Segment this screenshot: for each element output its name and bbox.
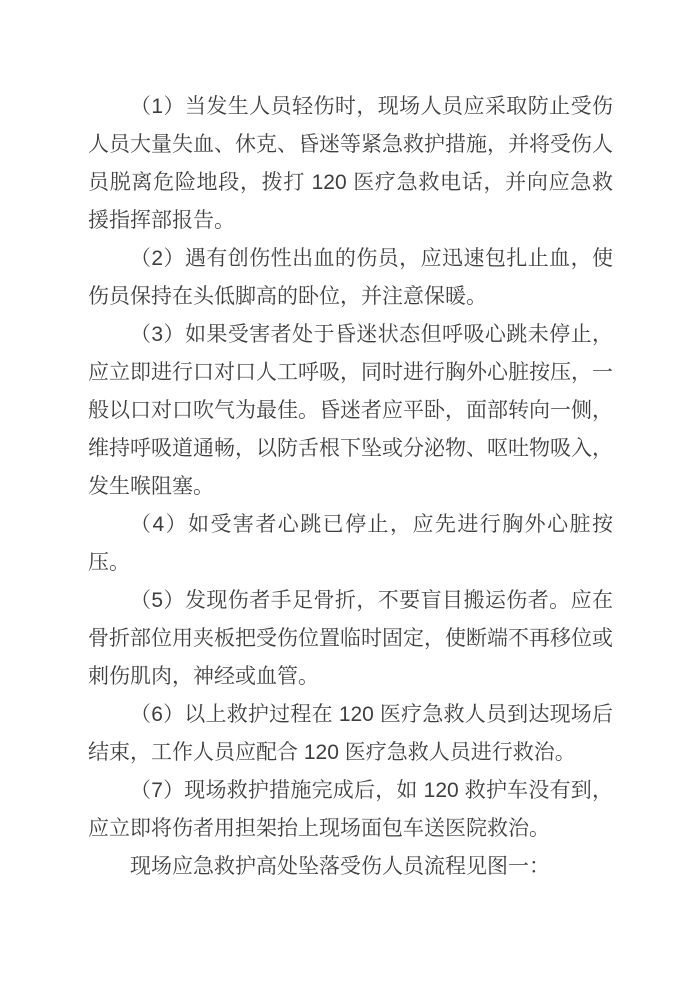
paragraph-2: （2）遇有创伤性出血的伤员，应迅速包扎止血，使伤员保持在头低脚高的卧位，并注意保… [88, 240, 613, 316]
paragraph-3: （3）如果受害者处于昏迷状态但呼吸心跳未停止，应立即进行口对口人工呼吸，同时进行… [88, 316, 613, 506]
paragraph-7: （7）现场救护措施完成后，如 120 救护车没有到，应立即将伤者用担架抬上现场面… [88, 772, 613, 848]
paragraph-6: （6）以上救护过程在 120 医疗急救人员到达现场后结束，工作人员应配合 120… [88, 696, 613, 772]
figure-lead-in-line: 现场应急救护高处坠落受伤人员流程见图一： [88, 848, 613, 886]
paragraph-5: （5）发现伤者手足骨折，不要盲目搬运伤者。应在骨折部位用夹板把受伤位置临时固定，… [88, 582, 613, 696]
paragraph-4: （4）如受害者心跳已停止，应先进行胸外心脏按压。 [88, 506, 613, 582]
document-page: （1）当发生人员轻伤时，现场人员应采取防止受伤人员大量失血、休克、昏迷等紧急救护… [0, 0, 700, 990]
paragraph-1: （1）当发生人员轻伤时，现场人员应采取防止受伤人员大量失血、休克、昏迷等紧急救护… [88, 88, 613, 240]
